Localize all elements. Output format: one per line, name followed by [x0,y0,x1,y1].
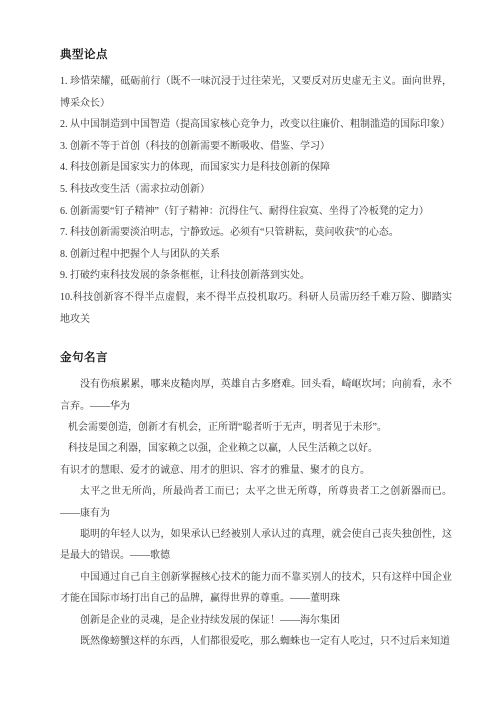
argument-item: 9. 打破约束科技发展的条条框框，让科技创新落到实处。 [60,265,452,287]
document-page: 典型论点 1. 珍惜荣耀，砥砺前行（既不一味沉浸于过往荣光，又要反对历史虚无主义… [60,44,452,652]
quote-paragraph: 机会需要创造，创新才有机会，正所谓“聪者听于无声，明者见于未形”。 [60,417,452,438]
quote-paragraph: 既然像螃蟹这样的东西，人们都很爱吃，那么蜘蛛也一定有人吃过，只不过后来知道 [60,631,452,652]
argument-item: 7. 科技创新需要淡泊明志，宁静致远。必须有“只管耕耘，莫问收获”的心态。 [60,222,452,244]
quote-paragraph: 太平之世无所尚，所最尚者工而已；太平之世无所尊，所尊贵者工之创新器而已。——康有… [60,481,452,524]
argument-item: 8. 创新过程中把握个人与团队的关系 [60,244,452,266]
quote-paragraph: 有识才的慧眼、爱才的诚意、用才的胆识、容才的雅量、聚才的良方。 [60,460,452,481]
argument-item: 4. 科技创新是国家实力的体现，而国家实力是科技创新的保障 [60,157,452,179]
quote-paragraph: 创新是企业的灵魂，是企业持续发展的保证！——海尔集团 [60,610,452,631]
argument-item: 6. 创新需要“钉子精神”（钉子精神：沉得住气、耐得住寂寞、坐得了冷板凳的定力） [60,201,452,223]
section-heading-golden-quotes: 金句名言 [60,347,452,369]
argument-item: 10.科技创新容不得半点虚假，来不得半点投机取巧。科研人员需历经千难万险、脚踏实… [60,287,452,330]
argument-item: 2. 从中国制造到中国智造（提高国家核心竞争力，改变以往廉价、粗制滥造的国际印象… [60,114,452,136]
quote-paragraph: 中国通过自己自主创新掌握核心技术的能力而不靠买别人的技术，只有这样中国企业才能在… [60,567,452,610]
quote-paragraph: 科技是国之利器，国家赖之以强，企业赖之以赢，人民生活赖之以好。 [60,438,452,459]
quote-paragraph: 聪明的年轻人以为，如果承认已经被别人承认过的真理，就会使自己丧失独创性，这是最大… [60,524,452,567]
argument-item: 3. 创新不等于首创（科技的创新需要不断吸收、借鉴、学习） [60,136,452,158]
section-heading-typical-arguments: 典型论点 [60,44,452,66]
quote-paragraph: 没有伤痕累累，哪来皮糙肉厚，英雄自古多磨难。回头看，崎岖坎坷；向前看，永不言弃。… [60,374,452,417]
quote-list: 没有伤痕累累，哪来皮糙肉厚，英雄自古多磨难。回头看，崎岖坎坷；向前看，永不言弃。… [60,374,452,652]
argument-item: 1. 珍惜荣耀，砥砺前行（既不一味沉浸于过往荣光，又要反对历史虚无主义。面向世界… [60,71,452,114]
argument-list: 1. 珍惜荣耀，砥砺前行（既不一味沉浸于过往荣光，又要反对历史虚无主义。面向世界… [60,71,452,330]
argument-item: 5. 科技改变生活（需求拉动创新） [60,179,452,201]
